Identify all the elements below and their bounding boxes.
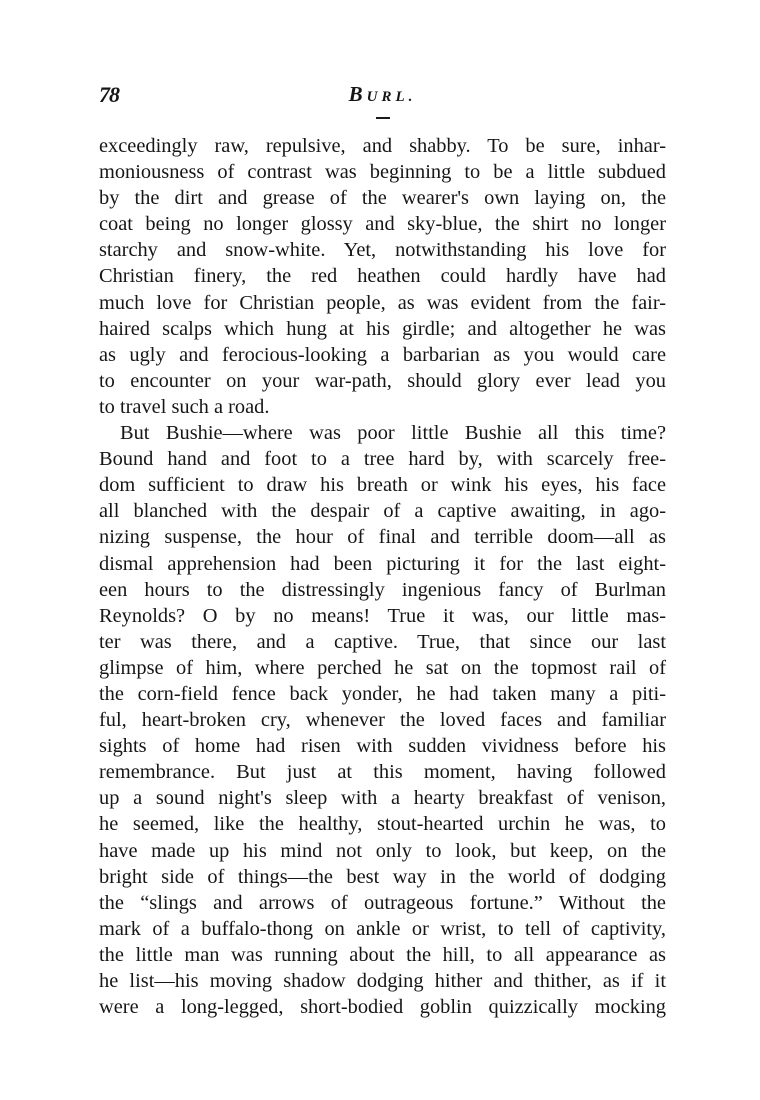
paragraph-2: But Bushie—where was poor little Bushie … [99, 420, 666, 1020]
running-title: BURL. [99, 82, 666, 107]
text-line: mark of a buffalo-thong on ankle or wris… [99, 916, 666, 942]
book-page: 78 BURL. exceedingly raw, repulsive, and… [0, 0, 760, 1100]
text-line: dom sufficient to draw his breath or win… [99, 472, 666, 498]
text-line: the little man was running about the hil… [99, 942, 666, 968]
running-title-initial: B [349, 82, 367, 106]
text-line: exceedingly raw, repulsive, and shabby. … [99, 133, 666, 159]
text-line: haired scalps which hung at his girdle; … [99, 316, 666, 342]
text-line: as ugly and ferocious-looking a barbaria… [99, 342, 666, 368]
text-line: remembrance. But just at this moment, ha… [99, 759, 666, 785]
running-title-rest: URL. [367, 89, 417, 105]
text-line: much love for Christian people, as was e… [99, 290, 666, 316]
text-line: up a sound night's sleep with a hearty b… [99, 785, 666, 811]
text-line: Reynolds? O by no means! True it was, ou… [99, 603, 666, 629]
text-line: nizing suspense, the hour of final and t… [99, 524, 666, 550]
text-line: glimpse of him, where perched he sat on … [99, 655, 666, 681]
text-line: he seemed, like the healthy, stout-heart… [99, 811, 666, 837]
text-line: But Bushie—where was poor little Bushie … [99, 420, 666, 446]
paragraph-1: exceedingly raw, repulsive, and shabby. … [99, 133, 666, 420]
text-line: by the dirt and grease of the wearer's o… [99, 185, 666, 211]
text-line: moniousness of contrast was beginning to… [99, 159, 666, 185]
text-line: he list—his moving shadow dodging hither… [99, 968, 666, 994]
text-line: een hours to the distressingly ingenious… [99, 577, 666, 603]
text-line: dismal apprehension had been picturing i… [99, 551, 666, 577]
text-line: all blanched with the despair of a capti… [99, 498, 666, 524]
text-line: Bound hand and foot to a tree hard by, w… [99, 446, 666, 472]
text-line: the “slings and arrows of outrageous for… [99, 890, 666, 916]
text-line: Christian finery, the red heathen could … [99, 263, 666, 289]
text-line: ter was there, and a captive. True, that… [99, 629, 666, 655]
running-head: 78 BURL. [99, 82, 666, 122]
text-line: to encounter on your war-path, should gl… [99, 368, 666, 394]
text-line: to travel such a road. [99, 394, 666, 420]
text-line: sights of home had risen with sudden viv… [99, 733, 666, 759]
text-line: the corn-field fence back yonder, he had… [99, 681, 666, 707]
text-line: starchy and snow-white. Yet, notwithstan… [99, 237, 666, 263]
title-rule [376, 117, 390, 119]
body-text: exceedingly raw, repulsive, and shabby. … [99, 133, 666, 1020]
text-line: were a long-legged, short-bodied goblin … [99, 994, 666, 1020]
text-line: have made up his mind not only to look, … [99, 838, 666, 864]
text-line: coat being no longer glossy and sky-blue… [99, 211, 666, 237]
text-line: bright side of things—the best way in th… [99, 864, 666, 890]
text-line: ful, heart-broken cry, whenever the love… [99, 707, 666, 733]
